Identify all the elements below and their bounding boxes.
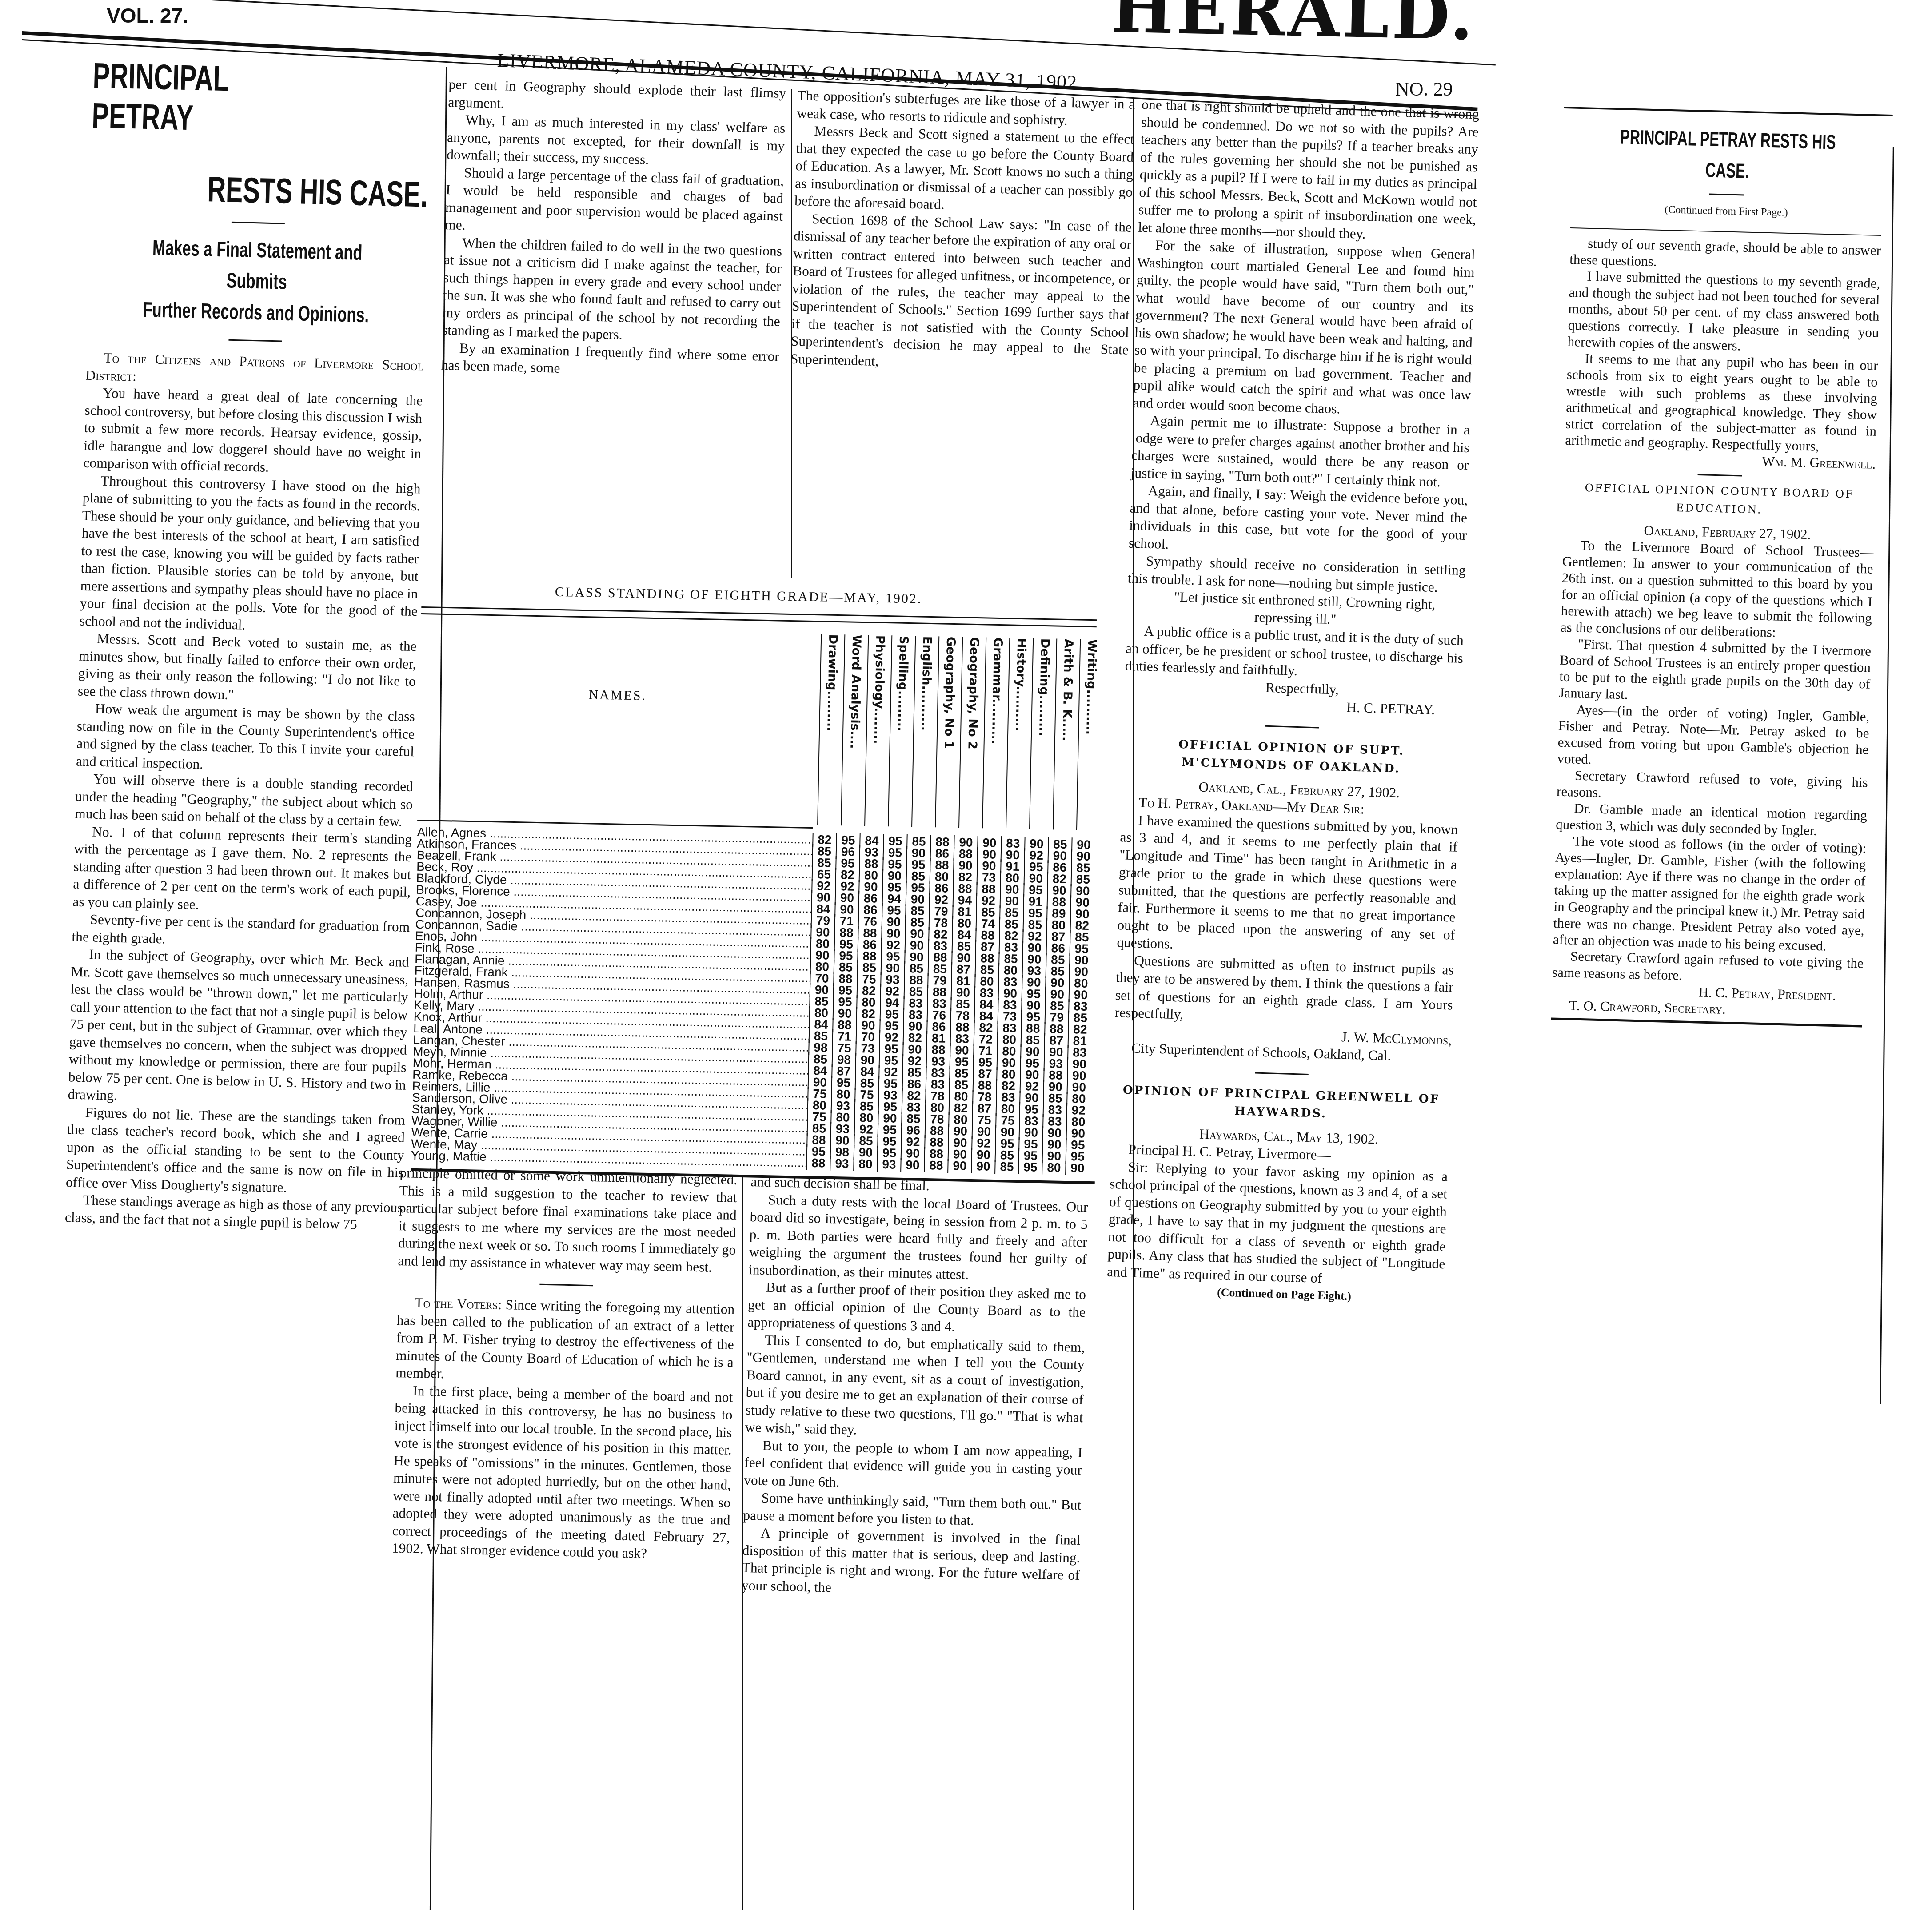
paragraph: For the sake of illustration, suppose wh… [1133, 236, 1475, 421]
names-column-header: NAMES. [588, 687, 647, 703]
score-cell: 88 [806, 1156, 830, 1171]
paragraph: To the Voters: Since writing the foregoi… [395, 1294, 735, 1388]
subject-header: Grammar.......... [982, 637, 1009, 829]
divider [232, 222, 285, 224]
subject-header: Writing.......... [1076, 639, 1103, 830]
score-cell: 85 [994, 1160, 1018, 1174]
column-2-bottom: principle omitted or some work unintenti… [391, 1164, 737, 1564]
divider [1709, 194, 1744, 196]
deck-line-1: Makes a Final Statement and Submits [135, 232, 379, 300]
continuation-headline: PRINCIPAL PETRAY RESTS HIS CASE. [1618, 121, 1837, 189]
paragraph: A public office is a public trust, and i… [1125, 622, 1464, 684]
subject-header: Physiology........ [864, 635, 891, 826]
paragraph: Such a duty rests with the local Board o… [749, 1190, 1088, 1286]
paragraph: Ayes—(in the order of voting) Ingler, Ga… [1557, 701, 1869, 774]
board-heading: OFFICIAL OPINION COUNTY BOARD OF EDUCATI… [1563, 478, 1875, 522]
paragraph: Why, I am as much interested in my class… [447, 111, 786, 172]
right-column-rule [1880, 147, 1894, 1404]
paragraph: To the Livermore Board of School Trustee… [1561, 537, 1874, 643]
table-rule [421, 613, 1097, 627]
paragraph: I have submitted the questions to my sev… [1567, 267, 1880, 357]
subject-header: Drawing......... [817, 634, 844, 825]
paragraph: But to you, the people to whom I am now … [744, 1436, 1082, 1496]
subject-header: Arith & B. K..... [1053, 638, 1080, 830]
column-3-bottom: and such decision shall be final. Such a… [741, 1173, 1088, 1602]
paragraph: Again, and finally, I say: Weigh the evi… [1129, 482, 1468, 562]
paragraph: Sir: Replying to your favor asking my op… [1107, 1157, 1448, 1290]
divider [539, 1284, 593, 1287]
paragraph: The vote stood as follows (in the order … [1553, 833, 1866, 955]
paragraph: Questions are submitted as often to inst… [1114, 951, 1454, 1031]
subject-header: English.......... [911, 636, 938, 827]
paragraph: Section 1698 of the School Law says: "In… [790, 209, 1132, 376]
paragraph: A principle of government is involved in… [741, 1524, 1080, 1602]
voters-salutation: To the Voters: [415, 1295, 502, 1312]
paragraph: Should a large percentage of the class f… [445, 163, 784, 242]
score-cell: 90 [947, 1159, 971, 1173]
paragraph: Messrs. Scott and Beck voted to sustain … [78, 630, 417, 708]
table-rows: Allen, Agnes829584958588909083908590Atki… [411, 826, 1101, 1174]
headline-rests-his-case: RESTS HIS CASE. [184, 169, 428, 215]
score-cell: 80 [853, 1157, 877, 1172]
paragraph: Again permit me to illustrate: Suppose a… [1130, 411, 1470, 491]
paragraph: But as a further proof of their position… [747, 1278, 1086, 1339]
paragraph: You have heard a great deal of late conc… [83, 384, 423, 480]
class-standing-table: CLASS STANDING OF EIGHTH GRADE—MAY, 1902… [411, 569, 1115, 1173]
subject-header: History.......... [1006, 638, 1033, 829]
deck-line-2: Further Records and Opinions. [134, 294, 378, 331]
paragraph: I have examined the questions submitted … [1117, 811, 1458, 961]
column-2-top: per cent in Geography should explode the… [441, 76, 786, 383]
paragraph: Figures do not lie. These are the standi… [66, 1103, 406, 1199]
paragraph: You will observe there is a double stand… [75, 770, 414, 831]
score-cell: 80 [1042, 1160, 1066, 1175]
greenwell-heading: OPINION OF PRINCIPAL GREENWELL OF HAYWAR… [1112, 1081, 1450, 1127]
continued-from-first-page: (Continued from First Page.) [1571, 199, 1882, 223]
divider [1265, 725, 1319, 728]
continuation-column: PRINCIPAL PETRAY RESTS HIS CASE. (Contin… [1551, 120, 1884, 1032]
paragraph: This I consented to do, but emphatically… [745, 1331, 1085, 1443]
right-column-top-rule [1564, 107, 1893, 116]
paragraph: When the children failed to do well in t… [442, 233, 782, 347]
score-cell: 95 [1018, 1160, 1042, 1175]
paragraph: principle omitted or some work unintenti… [398, 1164, 738, 1276]
paragraph: one that is right should be upheld and t… [1138, 96, 1480, 246]
score-cell: 93 [830, 1156, 854, 1171]
divider [1698, 474, 1742, 476]
issue-number: NO. 29 [1395, 78, 1453, 100]
column-4: one that is right should be upheld and t… [1106, 96, 1480, 1308]
subject-header: Word Analysis.... [841, 634, 868, 826]
subject-header: Defining......... [1029, 638, 1056, 829]
paragraph: It seems to me that any pupil who has be… [1565, 350, 1878, 456]
column-3-top: The opposition's subterfuges are like th… [790, 87, 1135, 376]
paragraph: "First. That question 4 submitted by the… [1559, 635, 1871, 709]
table-rule [421, 606, 1097, 621]
mcclymonds-heading: OFFICIAL OPINION OF SUPT. M'CLYMONDS OF … [1122, 734, 1461, 780]
subject-headers: Drawing.........Word Analysis....Physiol… [817, 634, 1103, 830]
divider [228, 339, 282, 342]
subject-header: Geography, No 2 [958, 637, 986, 828]
subject-header: Geography, No 1 [935, 636, 962, 828]
paragraph: Throughout this controversy I have stood… [79, 471, 420, 638]
table-title: CLASS STANDING OF EIGHTH GRADE—MAY, 1902… [555, 585, 922, 607]
divider [1255, 1072, 1309, 1075]
subject-header: Spelling......... [888, 635, 915, 827]
paragraph: No. 1 of that column represents their te… [72, 822, 412, 918]
paragraph: Messrs Beck and Scott signed a statement… [794, 122, 1134, 218]
column-1: PRINCIPAL PETRAY RESTS HIS CASE. Makes a… [65, 56, 431, 1234]
score-cell: 88 [924, 1158, 948, 1173]
divider [1570, 227, 1881, 236]
volume-number: VOL. 27. [107, 4, 188, 28]
paragraph: In the first place, being a member of th… [391, 1381, 733, 1564]
score-cell: 90 [1065, 1161, 1089, 1176]
paragraph: How weak the argument is may be shown by… [76, 700, 415, 778]
score-cell: 93 [877, 1157, 901, 1172]
paragraph: In the subject of Geography, over which … [68, 945, 409, 1111]
headline-principal-petray: PRINCIPAL PETRAY [92, 56, 336, 141]
score-cell: 90 [971, 1159, 995, 1174]
score-cell: 90 [900, 1158, 924, 1172]
